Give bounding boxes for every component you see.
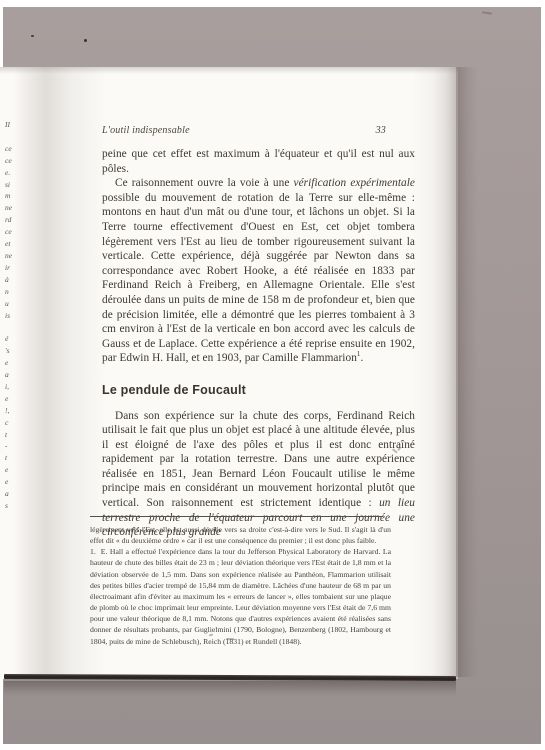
paragraph-text: possible du mouvement de rotation de la … <box>102 192 415 365</box>
pencil-mark <box>226 638 234 640</box>
body-paragraph-continuation: peine que cet effet est maximum à l'équa… <box>102 147 415 176</box>
paragraph-text: Ce raisonnement ouvre la voie à une <box>115 177 294 189</box>
footnote-number: 1. <box>90 547 101 556</box>
page-header: L'outil indispensable 33 <box>102 125 386 136</box>
footnote-1: 1.E. Hall a effectué l'expérience dans l… <box>90 546 391 646</box>
footnote-continuation: légèrement vers l'Est, elle est aussi dé… <box>90 524 391 546</box>
page-edge-shadow <box>456 67 478 677</box>
page-number: 33 <box>376 125 386 136</box>
footnote-rule <box>90 516 383 517</box>
paragraph-text: . <box>360 352 363 364</box>
book-page: II ce ce e. si m ne rd ce et ne ir à n u… <box>0 67 458 679</box>
running-title: L'outil indispensable <box>102 125 190 136</box>
footnotes-block: légèrement vers l'Est, elle est aussi dé… <box>90 524 391 647</box>
body-paragraph: Dans son expérience sur la chute des cor… <box>102 409 415 540</box>
text-column: peine que cet effet est maximum à l'équa… <box>102 147 415 540</box>
paragraph-text: Dans son expérience sur la chute des cor… <box>102 410 415 510</box>
gutter-text-fragments: II ce ce e. si m ne rd ce et ne ir à n u… <box>5 119 27 512</box>
section-heading: Le pendule de Foucault <box>102 383 415 398</box>
scanned-book-photo: II ce ce e. si m ne rd ce et ne ir à n u… <box>0 0 545 750</box>
dust-speck <box>31 35 34 37</box>
italic-phrase: vérification expérimentale <box>294 177 415 189</box>
footnote-text: E. Hall a effectué l'expérience dans la … <box>90 547 391 645</box>
page-bottom-shadow <box>4 681 456 697</box>
body-paragraph: Ce raisonnement ouvre la voie à une véri… <box>102 176 415 366</box>
dust-speck <box>84 39 87 42</box>
